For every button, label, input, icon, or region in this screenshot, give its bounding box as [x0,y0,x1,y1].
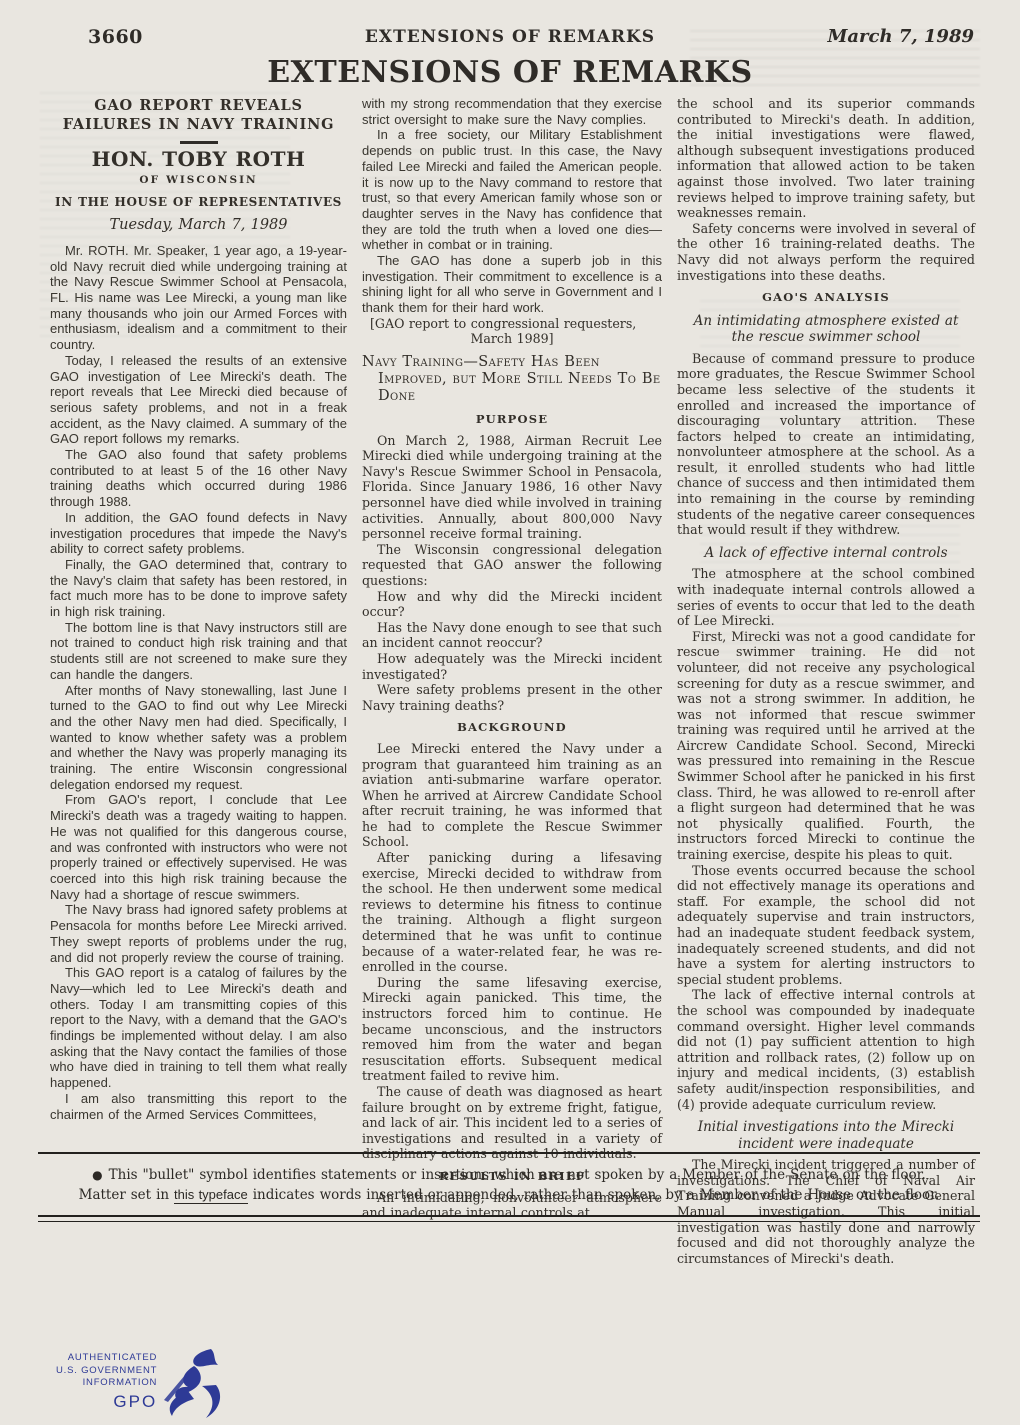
gpo-text-line3: INFORMATION [56,1377,157,1390]
gpo-text-line1: AUTHENTICATED [56,1352,157,1365]
speaker-name: HON. TOBY ROTH [50,152,347,168]
column-3: the school and its superior commands con… [677,96,975,1266]
speech-dateline: Tuesday, March 7, 1989 [50,218,347,234]
page-title: EXTENSIONS OF REMARKS [0,55,1020,90]
report-paragraph: During the same lifesaving exercise, Mir… [362,975,662,1084]
subheading-atmosphere: An intimidating atmosphere existed at th… [685,313,967,346]
footnote-bottom-rule [38,1215,980,1222]
report-question: Were safety problems present in the othe… [362,682,662,713]
section-heading-analysis: GAO'S ANALYSIS [677,290,975,306]
speech-paragraph: In a free society, our Military Establis… [362,127,662,253]
subheading-initial-investigations: Initial investigations into the Mirecki … [685,1119,967,1152]
subheading-controls: A lack of effective internal controls [685,545,967,562]
speech-paragraph: The GAO also found that safety problems … [50,447,347,510]
report-paragraph: The atmosphere at the school combined wi… [677,566,975,628]
report-question: How and why did the Mirecki incident occ… [362,589,662,620]
report-paragraph: The lack of effective internal controls … [677,987,975,1112]
speech-paragraph: Finally, the GAO determined that, contra… [50,557,347,620]
gpo-acronym: GPO [56,1392,157,1412]
record-footnote: ●This "bullet" symbol identifies stateme… [38,1152,980,1231]
kicker-rule [180,141,218,144]
report-paragraph: The Wisconsin congressional delegation r… [362,542,662,589]
gpo-text-line2: U.S. GOVERNMENT [56,1365,157,1378]
gpo-authentication-logo: AUTHENTICATED U.S. GOVERNMENT INFORMATIO… [56,1352,223,1420]
article-kicker-line1: GAO REPORT REVEALS [50,96,347,115]
report-citation-line1: [GAO report to congressional requesters, [362,316,662,332]
speech-paragraph: From GAO's report, I conclude that Lee M… [50,792,347,902]
speech-paragraph: Mr. ROTH. Mr. Speaker, 1 year ago, a 19-… [50,243,347,353]
speech-paragraph: The bottom line is that Navy instructors… [50,620,347,683]
footnote-typeface-sample: this typeface [174,1187,248,1204]
speech-paragraph: After months of Navy stonewalling, last … [50,683,347,793]
footnote-line2-pre: Matter set in [79,1187,169,1203]
report-paragraph: On March 2, 1988, Airman Recruit Lee Mir… [362,433,662,542]
report-paragraph: Those events occurred because the school… [677,863,975,988]
report-paragraph: After panicking during a lifesaving exer… [362,850,662,975]
report-paragraph-continued: the school and its superior commands con… [677,96,975,221]
report-title: Navy Training—Safety Has Been Improved, … [362,354,662,405]
report-paragraph: Safety concerns were involved in several… [677,221,975,283]
speech-paragraph-continued: with my strong recommendation that they … [362,96,662,127]
report-question: Has the Navy done enough to see that suc… [362,620,662,651]
speech-paragraph: In addition, the GAO found defects in Na… [50,510,347,557]
speech-paragraph: The Navy brass had ignored safety proble… [50,902,347,965]
speech-paragraph: I am also transmitting this report to th… [50,1091,347,1122]
report-citation-line2: March 1989] [362,331,662,347]
congressional-record-page: 3660 EXTENSIONS OF REMARKS March 7, 1989… [0,0,1020,1425]
speech-paragraph: Today, I released the results of an exte… [50,353,347,447]
article-kicker-line2: FAILURES IN NAVY TRAINING [50,115,347,134]
section-heading-background: BACKGROUND [362,720,662,736]
column-2: with my strong recommendation that they … [362,96,662,1221]
report-paragraph: Because of command pressure to produce m… [677,351,975,538]
report-paragraph: The cause of death was diagnosed as hear… [362,1084,662,1162]
column-1: GAO REPORT REVEALS FAILURES IN NAVY TRAI… [50,96,347,1122]
speaker-chamber: IN THE HOUSE OF REPRESENTATIVES [50,195,347,211]
issue-date: March 7, 1989 [827,26,974,47]
section-heading-purpose: PURPOSE [362,412,662,428]
gpo-eagle-icon [161,1348,223,1420]
report-paragraph: First, Mirecki was not a good candidate … [677,629,975,863]
bullet-symbol-icon: ● [92,1168,102,1182]
report-paragraph: Lee Mirecki entered the Navy under a pro… [362,741,662,850]
footnote-line2-post: indicates words inserted or appended, ra… [253,1187,940,1203]
footnote-line1: This "bullet" symbol identifies statemen… [109,1167,926,1183]
speaker-state: OF WISCONSIN [50,173,347,189]
report-question: How adequately was the Mirecki incident … [362,651,662,682]
speech-paragraph: This GAO report is a catalog of failures… [50,965,347,1091]
speech-paragraph: The GAO has done a superb job in this in… [362,253,662,316]
